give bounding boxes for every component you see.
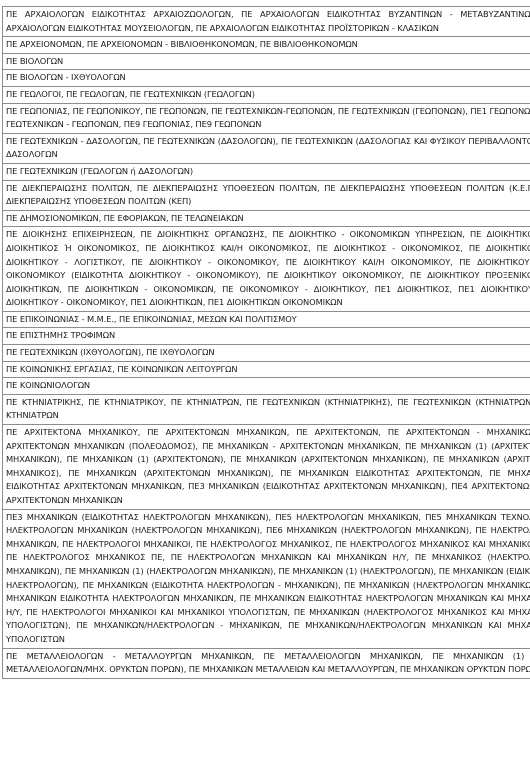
table-row: ΠΕ ΕΠΙΣΤΗΜΗΣ ΤΡΟΦΙΜΩΝ [3, 328, 530, 345]
table-row: ΠΕ ΚΟΙΝΩΝΙΚΗΣ ΕΡΓΑΣΙΑΣ, ΠΕ ΚΟΙΝΩΝΙΚΩΝ ΛΕ… [3, 361, 530, 378]
table-cell: ΠΕ ΓΕΩΤΕΧΝΙΚΩΝ - ΔΑΣΟΛΟΓΩΝ, ΠΕ ΓΕΩΤΕΧΝΙΚ… [3, 133, 530, 163]
table-cell: ΠΕ ΑΡΧΑΙΟΛΟΓΩΝ ΕΙΔΙΚΟΤΗΤΑΣ ΑΡΧΑΙΟΖΩΟΛΟΓΩ… [3, 7, 530, 37]
table-row: ΠΕ ΔΙΕΚΠΕΡΑΙΩΣΗΣ ΠΟΛΙΤΩΝ, ΠΕ ΔΙΕΚΠΕΡΑΙΩΣ… [3, 180, 530, 210]
table-row: ΠΕ ΑΡΧΕΙΟΝΟΜΩΝ, ΠΕ ΑΡΧΕΙΟΝΟΜΩΝ - ΒΙΒΛΙΟΘ… [3, 37, 530, 54]
table-cell: ΠΕ ΓΕΩΤΕΧΝΙΚΩΝ (ΙΧΘΥΟΛΟΓΩΝ), ΠΕ ΙΧΘΥΟΛΟΓ… [3, 345, 530, 362]
table-cell: ΠΕ ΓΕΩΠΟΝΙΑΣ, ΠΕ ΓΕΩΠΟΝΙΚΟΥ, ΠΕ ΓΕΩΠΟΝΩΝ… [3, 103, 530, 133]
table-row: ΠΕ ΓΕΩΤΕΧΝΙΚΩΝ (ΙΧΘΥΟΛΟΓΩΝ), ΠΕ ΙΧΘΥΟΛΟΓ… [3, 345, 530, 362]
table-row: ΠΕ ΒΙΟΛΟΓΩΝ - ΙΧΘΥΟΛΟΓΩΝ [3, 70, 530, 87]
table-row: ΠΕ ΚΤΗΝΙΑΤΡΙΚΗΣ, ΠΕ ΚΤΗΝΙΑΤΡΙΚΟΥ, ΠΕ ΚΤΗ… [3, 394, 530, 424]
table-cell: ΠΕ ΑΡΧΙΤΕΚΤΟΝΑ ΜΗΧΑΝΙΚΟΥ, ΠΕ ΑΡΧΙΤΕΚΤΟΝΩ… [3, 425, 530, 510]
table-cell: ΠΕ ΒΙΟΛΟΓΩΝ - ΙΧΘΥΟΛΟΓΩΝ [3, 70, 530, 87]
table-cell: ΠΕ ΓΕΩΛΟΓΟΙ, ΠΕ ΓΕΩΛΟΓΩΝ, ΠΕ ΓΕΩΤΕΧΝΙΚΩΝ… [3, 86, 530, 103]
table-cell: ΠΕ ΚΤΗΝΙΑΤΡΙΚΗΣ, ΠΕ ΚΤΗΝΙΑΤΡΙΚΟΥ, ΠΕ ΚΤΗ… [3, 394, 530, 424]
table-row: ΠΕ ΔΗΜΟΣΙΟΝΟΜΙΚΩΝ, ΠΕ ΕΦΟΡΙΑΚΩΝ, ΠΕ ΤΕΛΩ… [3, 210, 530, 227]
table-row: ΠΕ ΑΡΧΙΤΕΚΤΟΝΑ ΜΗΧΑΝΙΚΟΥ, ΠΕ ΑΡΧΙΤΕΚΤΟΝΩ… [3, 425, 530, 510]
table-cell: ΠΕ3 ΜΗΧΑΝΙΚΩΝ (ΕΙΔΙΚΟΤΗΤΑΣ ΗΛΕΚΤΡΟΛΟΓΩΝ … [3, 509, 530, 648]
document-page: ΠΕ ΑΡΧΑΙΟΛΟΓΩΝ ΕΙΔΙΚΟΤΗΤΑΣ ΑΡΧΑΙΟΖΩΟΛΟΓΩ… [2, 6, 530, 679]
table-row: ΠΕ3 ΜΗΧΑΝΙΚΩΝ (ΕΙΔΙΚΟΤΗΤΑΣ ΗΛΕΚΤΡΟΛΟΓΩΝ … [3, 509, 530, 648]
table-row: ΠΕ ΑΡΧΑΙΟΛΟΓΩΝ ΕΙΔΙΚΟΤΗΤΑΣ ΑΡΧΑΙΟΖΩΟΛΟΓΩ… [3, 7, 530, 37]
table-body: ΠΕ ΑΡΧΑΙΟΛΟΓΩΝ ΕΙΔΙΚΟΤΗΤΑΣ ΑΡΧΑΙΟΖΩΟΛΟΓΩ… [3, 7, 530, 679]
table-row: ΠΕ ΓΕΩΤΕΧΝΙΚΩΝ - ΔΑΣΟΛΟΓΩΝ, ΠΕ ΓΕΩΤΕΧΝΙΚ… [3, 133, 530, 163]
table-row: ΠΕ ΕΠΙΚΟΙΝΩΝΙΑΣ - Μ.Μ.Ε., ΠΕ ΕΠΙΚΟΙΝΩΝΙΑ… [3, 311, 530, 328]
table-row: ΠΕ ΜΕΤΑΛΛΕΙΟΛΟΓΩΝ - ΜΕΤΑΛΛΟΥΡΓΩΝ ΜΗΧΑΝΙΚ… [3, 648, 530, 678]
specialties-table: ΠΕ ΑΡΧΑΙΟΛΟΓΩΝ ΕΙΔΙΚΟΤΗΤΑΣ ΑΡΧΑΙΟΖΩΟΛΟΓΩ… [2, 6, 530, 679]
table-cell: ΠΕ ΔΙΕΚΠΕΡΑΙΩΣΗΣ ΠΟΛΙΤΩΝ, ΠΕ ΔΙΕΚΠΕΡΑΙΩΣ… [3, 180, 530, 210]
table-row: ΠΕ ΒΙΟΛΟΓΩΝ [3, 53, 530, 70]
table-cell: ΠΕ ΚΟΙΝΩΝΙΚΗΣ ΕΡΓΑΣΙΑΣ, ΠΕ ΚΟΙΝΩΝΙΚΩΝ ΛΕ… [3, 361, 530, 378]
table-cell: ΠΕ ΕΠΙΣΤΗΜΗΣ ΤΡΟΦΙΜΩΝ [3, 328, 530, 345]
table-cell: ΠΕ ΔΙΟΙΚΗΣΗΣ ΕΠΙΧΕΙΡΗΣΕΩΝ, ΠΕ ΔΙΟΙΚΗΤΙΚΗ… [3, 227, 530, 312]
table-cell: ΠΕ ΜΕΤΑΛΛΕΙΟΛΟΓΩΝ - ΜΕΤΑΛΛΟΥΡΓΩΝ ΜΗΧΑΝΙΚ… [3, 648, 530, 678]
table-cell: ΠΕ ΓΕΩΤΕΧΝΙΚΩΝ (ΓΕΩΛΟΓΩΝ ή ΔΑΣΟΛΟΓΩΝ) [3, 163, 530, 180]
table-cell: ΠΕ ΕΠΙΚΟΙΝΩΝΙΑΣ - Μ.Μ.Ε., ΠΕ ΕΠΙΚΟΙΝΩΝΙΑ… [3, 311, 530, 328]
table-cell: ΠΕ ΑΡΧΕΙΟΝΟΜΩΝ, ΠΕ ΑΡΧΕΙΟΝΟΜΩΝ - ΒΙΒΛΙΟΘ… [3, 37, 530, 54]
table-row: ΠΕ ΓΕΩΠΟΝΙΑΣ, ΠΕ ΓΕΩΠΟΝΙΚΟΥ, ΠΕ ΓΕΩΠΟΝΩΝ… [3, 103, 530, 133]
table-cell: ΠΕ ΚΟΙΝΩΝΙΟΛΟΓΩΝ [3, 378, 530, 395]
table-row: ΠΕ ΓΕΩΤΕΧΝΙΚΩΝ (ΓΕΩΛΟΓΩΝ ή ΔΑΣΟΛΟΓΩΝ) [3, 163, 530, 180]
table-cell: ΠΕ ΒΙΟΛΟΓΩΝ [3, 53, 530, 70]
table-row: ΠΕ ΚΟΙΝΩΝΙΟΛΟΓΩΝ [3, 378, 530, 395]
table-row: ΠΕ ΓΕΩΛΟΓΟΙ, ΠΕ ΓΕΩΛΟΓΩΝ, ΠΕ ΓΕΩΤΕΧΝΙΚΩΝ… [3, 86, 530, 103]
table-row: ΠΕ ΔΙΟΙΚΗΣΗΣ ΕΠΙΧΕΙΡΗΣΕΩΝ, ΠΕ ΔΙΟΙΚΗΤΙΚΗ… [3, 227, 530, 312]
table-cell: ΠΕ ΔΗΜΟΣΙΟΝΟΜΙΚΩΝ, ΠΕ ΕΦΟΡΙΑΚΩΝ, ΠΕ ΤΕΛΩ… [3, 210, 530, 227]
